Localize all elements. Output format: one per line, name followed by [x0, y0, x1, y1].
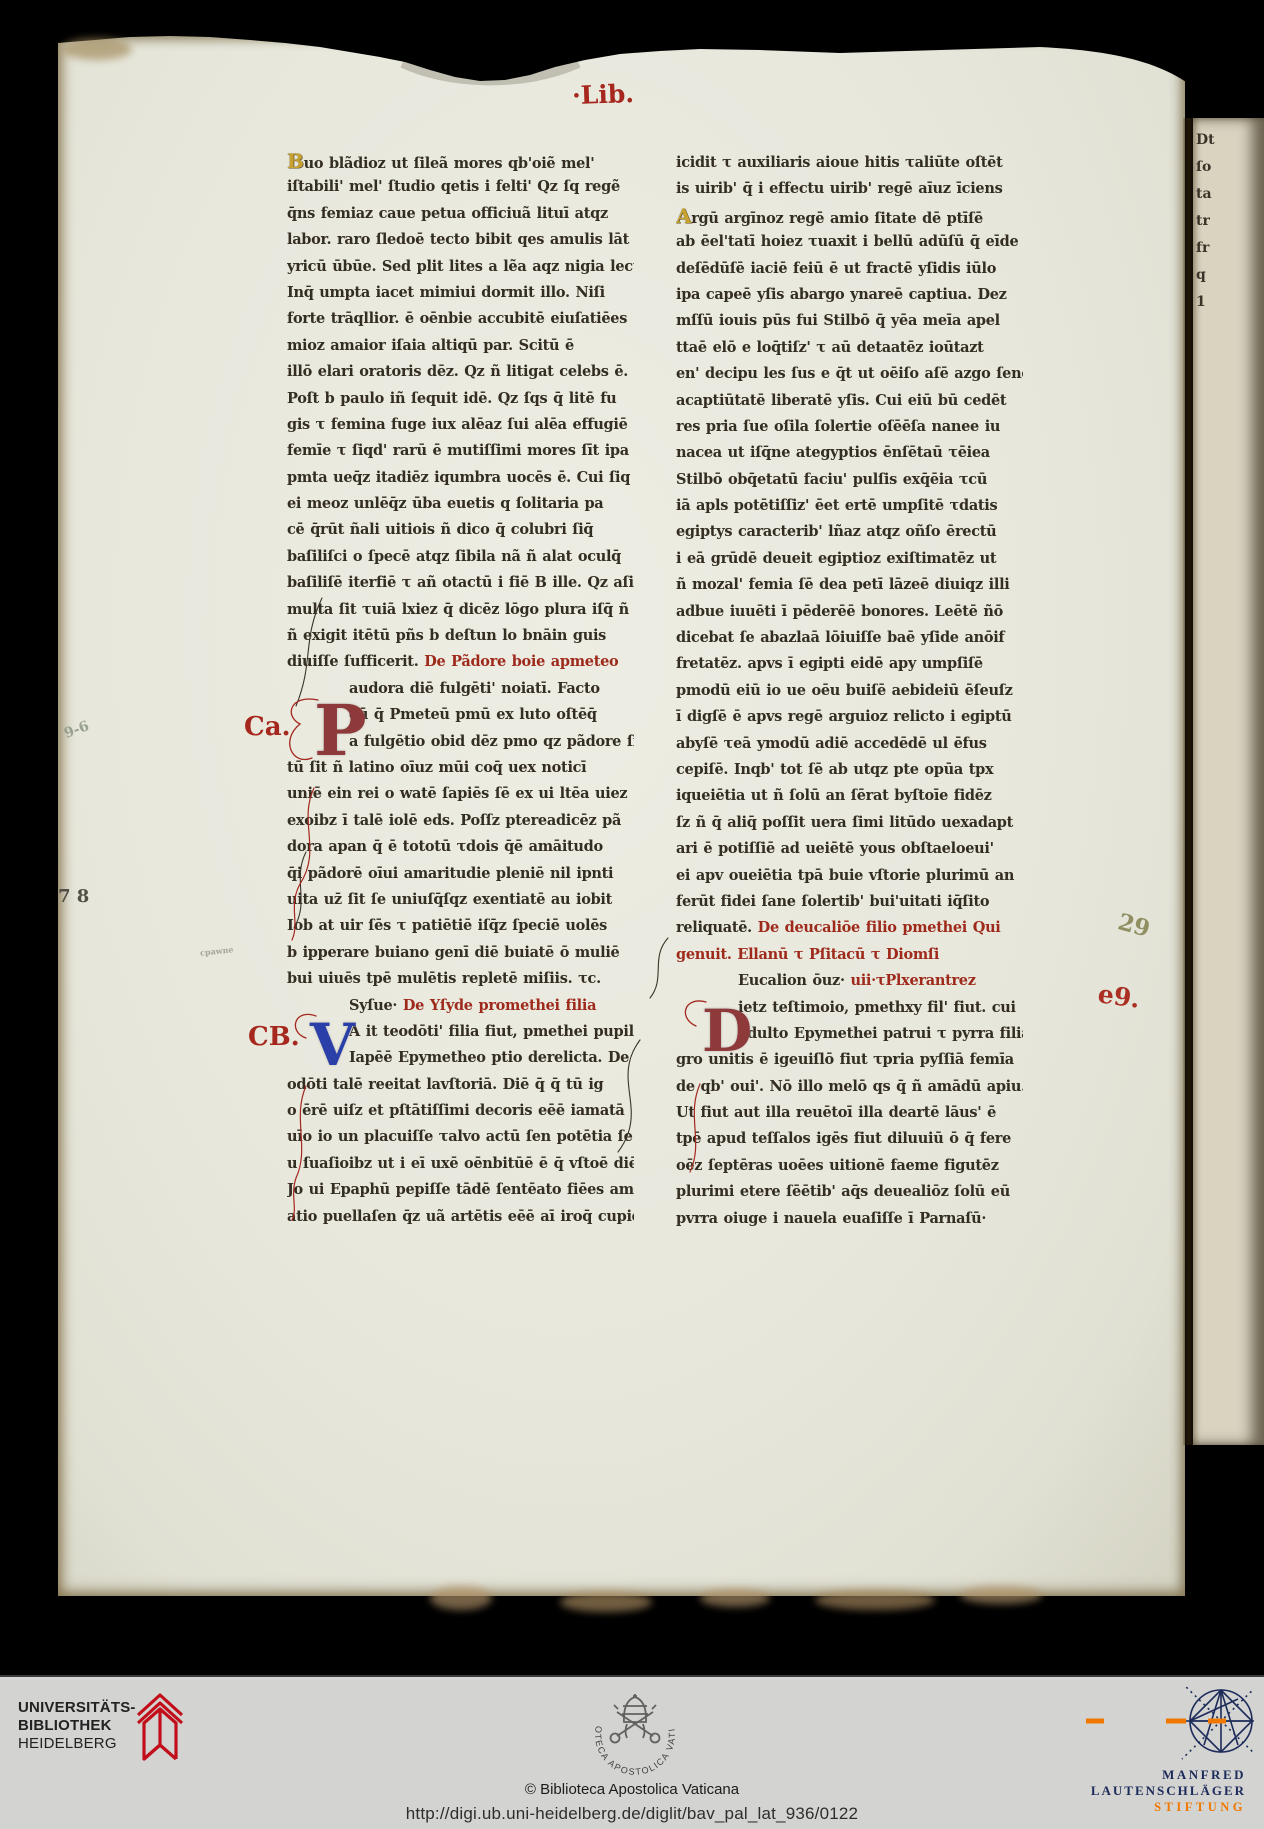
facing-edge-line: q	[1196, 267, 1206, 283]
facing-edge-line: fr	[1196, 240, 1209, 256]
ubh-logo-text: UNIVERSITÄTS- BIBLIOTHEK HEIDELBERG	[18, 1699, 136, 1753]
source-url: http://digi.ub.uni-heidelberg.de/diglit/…	[0, 1804, 1264, 1824]
vatican-circle-text: BIBLIOTECA APOSTOLICA VATICANA	[557, 1684, 677, 1777]
stain	[700, 1589, 770, 1607]
mls-line3: STIFTUNG	[1091, 1799, 1246, 1816]
facing-edge-line: ta	[1196, 186, 1212, 202]
marginalia: 7 8	[58, 886, 89, 907]
stain	[430, 1586, 492, 1610]
mls-line1: MANFRED	[1091, 1767, 1246, 1783]
facing-edge-line: ſo	[1196, 159, 1211, 175]
stain	[960, 1586, 1042, 1604]
vatican-emblem-icon: BIBLIOTECA APOSTOLICA VATICANA	[557, 1684, 713, 1782]
marginalia: Ca.	[244, 712, 291, 742]
mls-line2: LAUTENSCHLÄGER	[1091, 1783, 1246, 1799]
decorated-initial-V: V	[310, 1016, 355, 1074]
mls-logo-icon	[1078, 1685, 1254, 1761]
stain	[815, 1590, 935, 1610]
decorated-initial-P: P	[314, 696, 367, 766]
scan-viewport: Buo blãdioz ut ſileã mores qb'oiẽ mel'iſ…	[0, 0, 1264, 1829]
ubh-line1: UNIVERSITÄTS-	[18, 1699, 136, 1717]
facing-edge-line: tr	[1196, 213, 1210, 229]
marginalia: e9.	[1096, 979, 1142, 1014]
marginalia: ·Lib.	[572, 79, 635, 110]
ubh-line2: BIBLIOTHEK	[18, 1717, 136, 1735]
flourish-layer	[0, 0, 1264, 1500]
marginalia: CB.	[248, 1022, 300, 1052]
ubh-line3: HEIDELBERG	[18, 1735, 136, 1753]
svg-text:BIBLIOTECA APOSTOLICA VATICA: BIBLIOTECA APOSTOLICA VATICANA	[557, 1684, 677, 1777]
mls-logo-text: MANFRED LAUTENSCHLÄGER STIFTUNG	[1091, 1767, 1246, 1816]
ubh-book-icon	[128, 1685, 190, 1767]
facing-edge-line: Dt	[1196, 132, 1215, 148]
facing-edge-line: 1	[1196, 294, 1206, 310]
stain	[560, 1592, 652, 1612]
decorated-initial-D: D	[702, 1002, 752, 1060]
footer-bar: UNIVERSITÄTS- BIBLIOTHEK HEIDELBERG	[0, 1675, 1264, 1829]
vatican-copyright: © Biblioteca Apostolica Vaticana	[0, 1781, 1264, 1798]
